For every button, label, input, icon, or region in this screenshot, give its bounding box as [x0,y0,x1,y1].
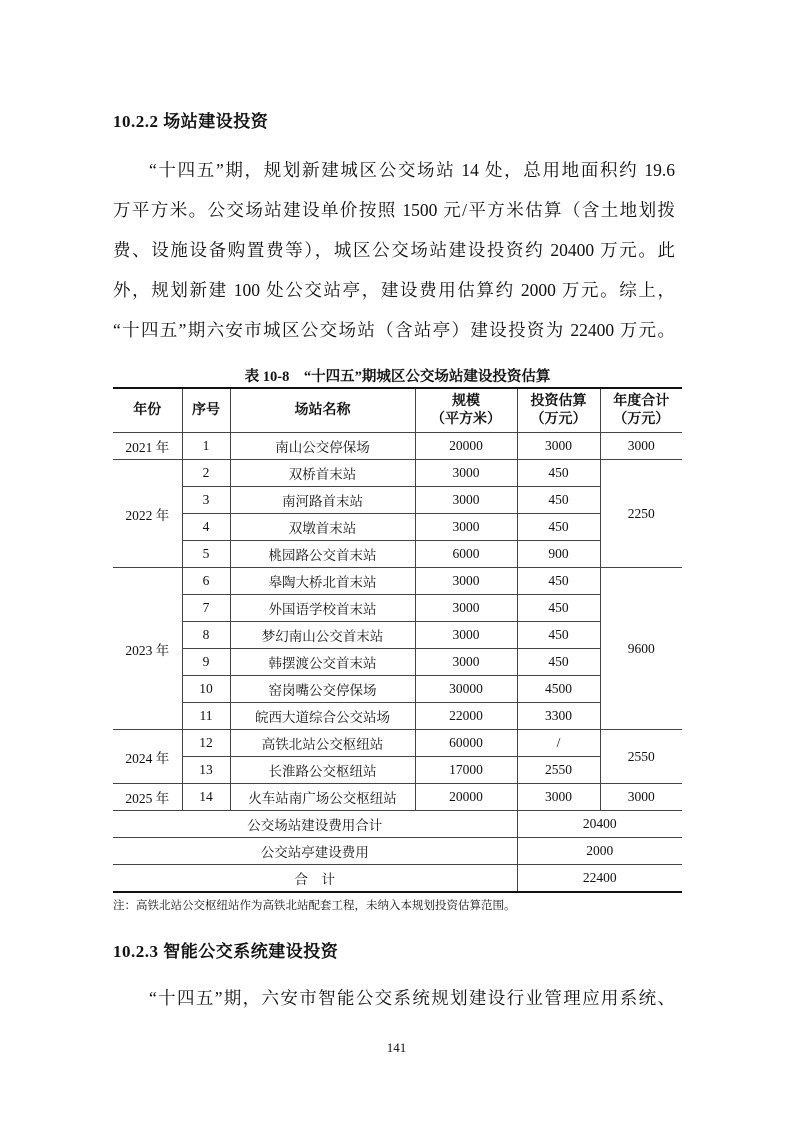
seq-cell: 9 [182,649,230,676]
name-cell: 外国语学校首末站 [230,595,415,622]
name-cell: 南河路首末站 [230,487,415,514]
annual-total-cell: 3000 [600,784,682,811]
header-annual: 年度合计（万元） [600,388,682,433]
seq-cell: 13 [182,757,230,784]
scale-cell: 6000 [415,541,517,568]
invest-cell: 2550 [517,757,600,784]
seq-cell: 14 [182,784,230,811]
section-heading-10-2-3: 10.2.3 智能公交系统建设投资 [113,937,338,962]
seq-cell: 6 [182,568,230,595]
paragraph-line: 外，规划新建 100 处公交站亭，建设费用估算约 2000 万元。综上， [113,270,675,310]
table-row: 2022 年 2 双桥首末站 3000 450 2250 [113,460,682,487]
summary-row: 公交站亭建设费用 2000 [113,838,682,865]
table-row: 10 窑岗嘴公交停保场 30000 4500 [113,676,682,703]
header-invest-unit: （万元） [531,412,587,427]
name-cell: 桃园路公交首末站 [230,541,415,568]
invest-cell: 450 [517,514,600,541]
header-name: 场站名称 [230,388,415,433]
scale-cell: 20000 [415,784,517,811]
invest-cell: 3000 [517,784,600,811]
name-cell: 火车站南广场公交枢纽站 [230,784,415,811]
seq-cell: 7 [182,595,230,622]
name-cell: 长淮路公交枢纽站 [230,757,415,784]
table-row: 13 长淮路公交枢纽站 17000 2550 [113,757,682,784]
name-cell: 皋陶大桥北首末站 [230,568,415,595]
table-row: 5 桃园路公交首末站 6000 900 [113,541,682,568]
scale-cell: 60000 [415,730,517,757]
scale-cell: 3000 [415,460,517,487]
table-row: 2025 年 14 火车站南广场公交枢纽站 20000 3000 3000 [113,784,682,811]
table-row: 2024 年 12 高铁北站公交枢纽站 60000 / 2550 [113,730,682,757]
seq-cell: 4 [182,514,230,541]
scale-cell: 3000 [415,649,517,676]
seq-cell: 2 [182,460,230,487]
header-scale-unit: （平方米） [431,412,501,427]
summary-row: 公交场站建设费用合计 20400 [113,811,682,838]
scale-cell: 3000 [415,514,517,541]
seq-cell: 12 [182,730,230,757]
table-note: 注：高铁北站公交枢纽站作为高铁北站配套工程，未纳入本规划投资估算范围。 [113,897,516,913]
scale-cell: 3000 [415,568,517,595]
paragraph-line: “十四五”期，六安市智能公交系统规划建设行业管理应用系统、 [113,978,675,1018]
seq-cell: 8 [182,622,230,649]
paragraph-line: 万平方米。公交场站建设单价按照 1500 元/平方米估算（含土地划拨 [113,190,675,230]
scale-cell: 3000 [415,622,517,649]
annual-total-cell: 3000 [600,433,682,460]
invest-cell: 4500 [517,676,600,703]
header-scale: 规模（平方米） [415,388,517,433]
invest-cell: 450 [517,568,600,595]
year-cell: 2024 年 [113,730,182,784]
summary-value: 22400 [517,865,682,893]
header-year: 年份 [113,388,182,433]
name-cell: 南山公交停保场 [230,433,415,460]
name-cell: 双桥首末站 [230,460,415,487]
invest-cell: 900 [517,541,600,568]
scale-cell: 3000 [415,595,517,622]
table-caption: 表 10-8 “十四五”期城区公交场站建设投资估算 [113,365,682,386]
name-cell: 双墩首末站 [230,514,415,541]
summary-label: 公交场站建设费用合计 [113,811,517,838]
header-invest-label: 投资估算 [531,394,587,409]
header-invest: 投资估算（万元） [517,388,600,433]
table-row: 11 皖西大道综合公交站场 22000 3300 [113,703,682,730]
summary-row: 合 计 22400 [113,865,682,893]
summary-value: 2000 [517,838,682,865]
year-cell: 2023 年 [113,568,182,730]
invest-cell: 450 [517,622,600,649]
invest-cell: 450 [517,649,600,676]
table-row: 8 梦幻南山公交首末站 3000 450 [113,622,682,649]
paragraph-line: “十四五”期六安市城区公交场站（含站亭）建设投资为 22400 万元。 [113,310,675,350]
scale-cell: 20000 [415,433,517,460]
summary-value: 20400 [517,811,682,838]
table-row: 9 韩摆渡公交首末站 3000 450 [113,649,682,676]
annual-total-cell: 9600 [600,568,682,730]
year-cell: 2021 年 [113,433,182,460]
name-cell: 窑岗嘴公交停保场 [230,676,415,703]
annual-total-cell: 2250 [600,460,682,568]
header-seq: 序号 [182,388,230,433]
name-cell: 高铁北站公交枢纽站 [230,730,415,757]
invest-cell: 450 [517,595,600,622]
header-scale-label: 规模 [452,394,480,409]
invest-cell: 450 [517,487,600,514]
annual-total-cell: 2550 [600,730,682,784]
header-annual-unit: （万元） [613,412,669,427]
name-cell: 梦幻南山公交首末站 [230,622,415,649]
seq-cell: 10 [182,676,230,703]
seq-cell: 1 [182,433,230,460]
table-row: 3 南河路首末站 3000 450 [113,487,682,514]
table-row: 7 外国语学校首末站 3000 450 [113,595,682,622]
scale-cell: 22000 [415,703,517,730]
invest-cell: 3300 [517,703,600,730]
header-annual-label: 年度合计 [613,394,669,409]
invest-cell: / [517,730,600,757]
seq-cell: 11 [182,703,230,730]
section-paragraph: “十四五”期，六安市智能公交系统规划建设行业管理应用系统、 [113,978,675,1018]
section-heading-10-2-2: 10.2.2 场站建设投资 [113,107,268,132]
paragraph-line: 费、设施设备购置费等），城区公交场站建设投资约 20400 万元。此 [113,230,675,270]
scale-cell: 17000 [415,757,517,784]
scale-cell: 3000 [415,487,517,514]
invest-cell: 3000 [517,433,600,460]
seq-cell: 5 [182,541,230,568]
table-header-row: 年份 序号 场站名称 规模（平方米） 投资估算（万元） 年度合计（万元） [113,388,682,433]
investment-table: 年份 序号 场站名称 规模（平方米） 投资估算（万元） 年度合计（万元） 202… [113,387,682,893]
summary-label: 合 计 [113,865,517,893]
table-row: 2023 年 6 皋陶大桥北首末站 3000 450 9600 [113,568,682,595]
paragraph-line: “十四五”期，规划新建城区公交场站 14 处，总用地面积约 19.6 [113,150,675,190]
table-row: 4 双墩首末站 3000 450 [113,514,682,541]
invest-cell: 450 [517,460,600,487]
summary-label: 公交站亭建设费用 [113,838,517,865]
name-cell: 皖西大道综合公交站场 [230,703,415,730]
year-cell: 2025 年 [113,784,182,811]
year-cell: 2022 年 [113,460,182,568]
page-number: 141 [0,1040,793,1056]
scale-cell: 30000 [415,676,517,703]
section-paragraph: “十四五”期，规划新建城区公交场站 14 处，总用地面积约 19.6 万平方米。… [113,150,675,350]
seq-cell: 3 [182,487,230,514]
table-row: 2021 年 1 南山公交停保场 20000 3000 3000 [113,433,682,460]
name-cell: 韩摆渡公交首末站 [230,649,415,676]
